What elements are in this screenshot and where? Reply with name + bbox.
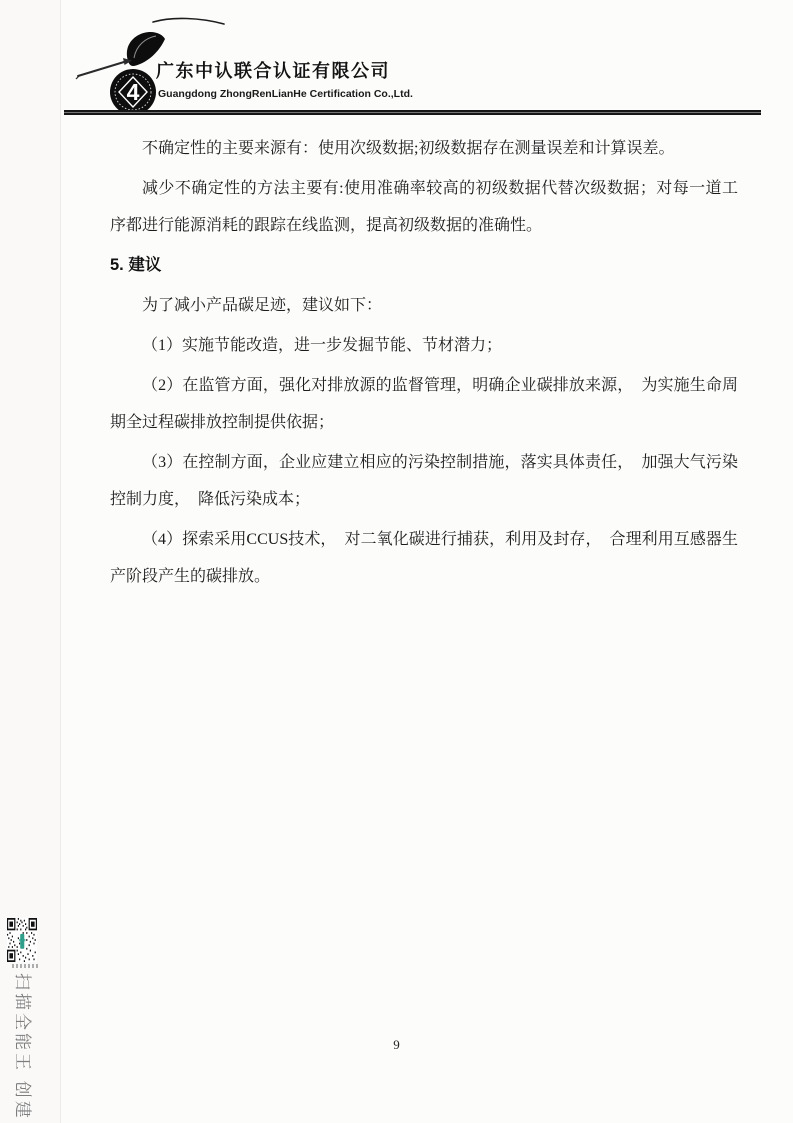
paragraph-suggestion-1: （1）实施节能改造，进一步发掘节能、节材潜力；: [110, 327, 738, 364]
company-name-en: Guangdong ZhongRenLianHe Certification C…: [158, 88, 413, 100]
document-body: 不确定性的主要来源有：使用次级数据;初级数据存在测量误差和计算误差。 减少不确定…: [110, 130, 738, 598]
scanner-watermark: 扫描全能王 创建: [12, 973, 37, 1121]
section-heading-suggestions: 5. 建议: [110, 247, 738, 284]
paragraph-suggestion-3: （3）在控制方面，企业应建立相应的污染控制措施，落实具体责任， 加强大气污染控制…: [110, 444, 738, 518]
document-page: 4 广东中认联合认证有限公司 Guangdong ZhongRenLianHe …: [0, 0, 793, 1123]
paragraph-suggestion-4: （4）探索采用CCUS技术， 对二氧化碳进行捕获，利用及封存， 合理利用互感器生…: [110, 521, 738, 595]
logo-numeral: 4: [127, 79, 140, 105]
paragraph-uncertainty-reduction: 减少不确定性的方法主要有:使用准确率较高的初级数据代替次级数据；对每一道工序都进…: [110, 170, 738, 244]
page-number: 9: [0, 1037, 793, 1053]
company-name-zh: 广东中认联合认证有限公司: [156, 57, 390, 83]
pen-mark-artifact: [74, 52, 136, 82]
qr-caption-smudge: [12, 964, 40, 968]
header-divider: [64, 110, 761, 115]
camscanner-qr-icon: [7, 918, 37, 962]
paragraph-suggestions-intro: 为了减小产品碳足迹，建议如下：: [110, 287, 738, 324]
paragraph-uncertainty-sources: 不确定性的主要来源有：使用次级数据;初级数据存在测量误差和计算误差。: [110, 130, 738, 167]
paragraph-suggestion-2: （2）在监管方面，强化对排放源的监督管理，明确企业碳排放来源， 为实施生命周期全…: [110, 367, 738, 441]
